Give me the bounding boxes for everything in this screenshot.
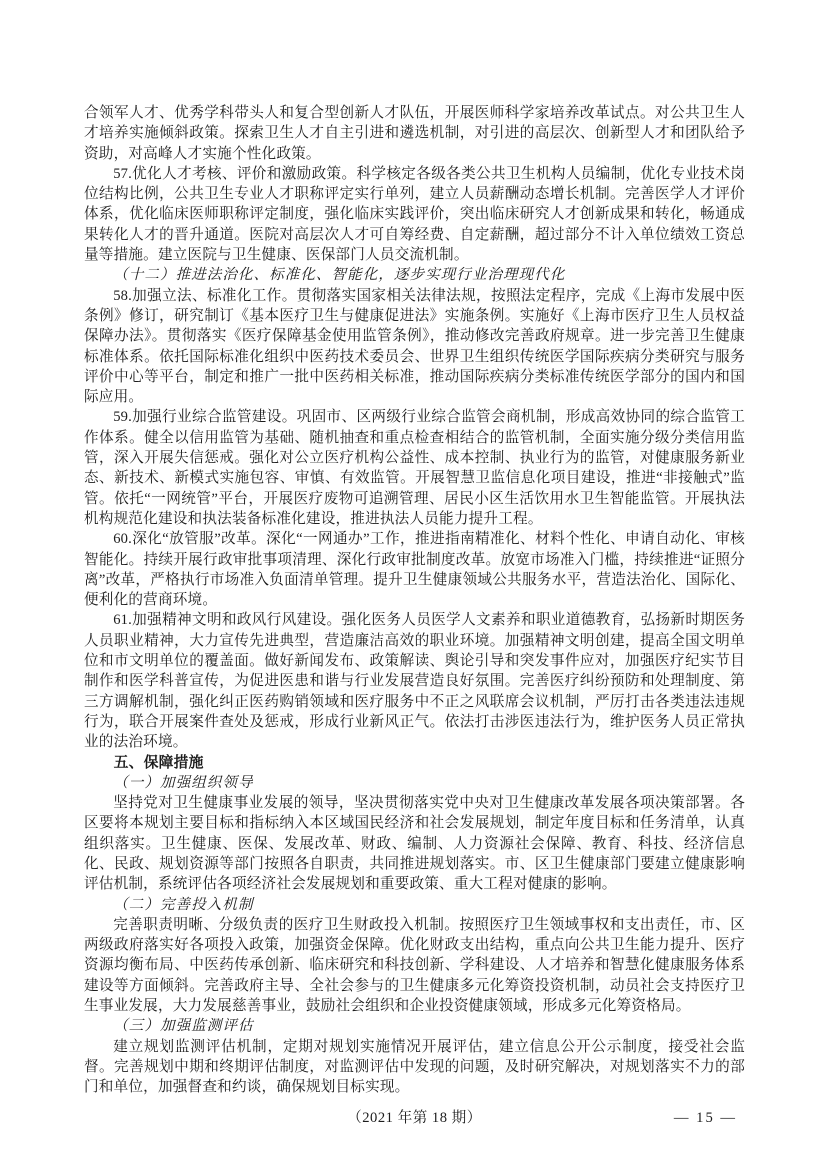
- paragraph: 合领军人才、优秀学科带头人和复合型创新人才队伍，开展医师科学家培养改革试点。对公…: [84, 103, 745, 164]
- paragraph: 建立规划监测评估机制，定期对规划实施情况开展评估，建立信息公开公示制度，接受社会…: [84, 1037, 745, 1098]
- subsection-heading: （十二）推进法治化、标准化、智能化，逐步实现行业治理现代化: [84, 265, 745, 285]
- section-heading: 五、保障措施: [84, 753, 745, 773]
- paragraph: 58.加强立法、标准化工作。贯彻落实国家相关法律法规，按照法定程序，完成《上海市…: [84, 286, 745, 408]
- paragraph: 59.加强行业综合监管建设。巩固市、区两级行业综合监管会商机制，形成高效协同的综…: [84, 407, 745, 529]
- subsection-heading: （一）加强组织领导: [84, 773, 745, 793]
- subsection-heading: （二）完善投入机制: [84, 895, 745, 915]
- subsection-heading: （三）加强监测评估: [84, 1016, 745, 1036]
- paragraph: 57.优化人才考核、评价和激励政策。科学核定各级各类公共卫生机构人员编制，优化专…: [84, 164, 745, 265]
- paragraph: 60.深化“放管服”改革。深化“一网通办”工作，推进指南精准化、材料个性化、申请…: [84, 529, 745, 610]
- document-body: 合领军人才、优秀学科带头人和复合型创新人才队伍，开展医师科学家培养改革试点。对公…: [84, 103, 745, 1098]
- footer-page-number: — 15 —: [674, 1107, 737, 1129]
- document-page: 合领军人才、优秀学科带头人和复合型创新人才队伍，开展医师科学家培养改革试点。对公…: [0, 0, 827, 1170]
- paragraph: 坚持党对卫生健康事业发展的领导，坚决贯彻落实党中央对卫生健康改革发展各项决策部署…: [84, 793, 745, 894]
- paragraph: 完善职责明晰、分级负责的医疗卫生财政投入机制。按照医疗卫生领域事权和支出责任，市…: [84, 915, 745, 1016]
- page-footer: （2021 年第 18 期） — 15 —: [84, 1107, 745, 1129]
- footer-issue-label: （2021 年第 18 期）: [84, 1107, 745, 1129]
- paragraph: 61.加强精神文明和政风行风建设。强化医务人员医学人文素养和职业道德教育，弘扬新…: [84, 610, 745, 752]
